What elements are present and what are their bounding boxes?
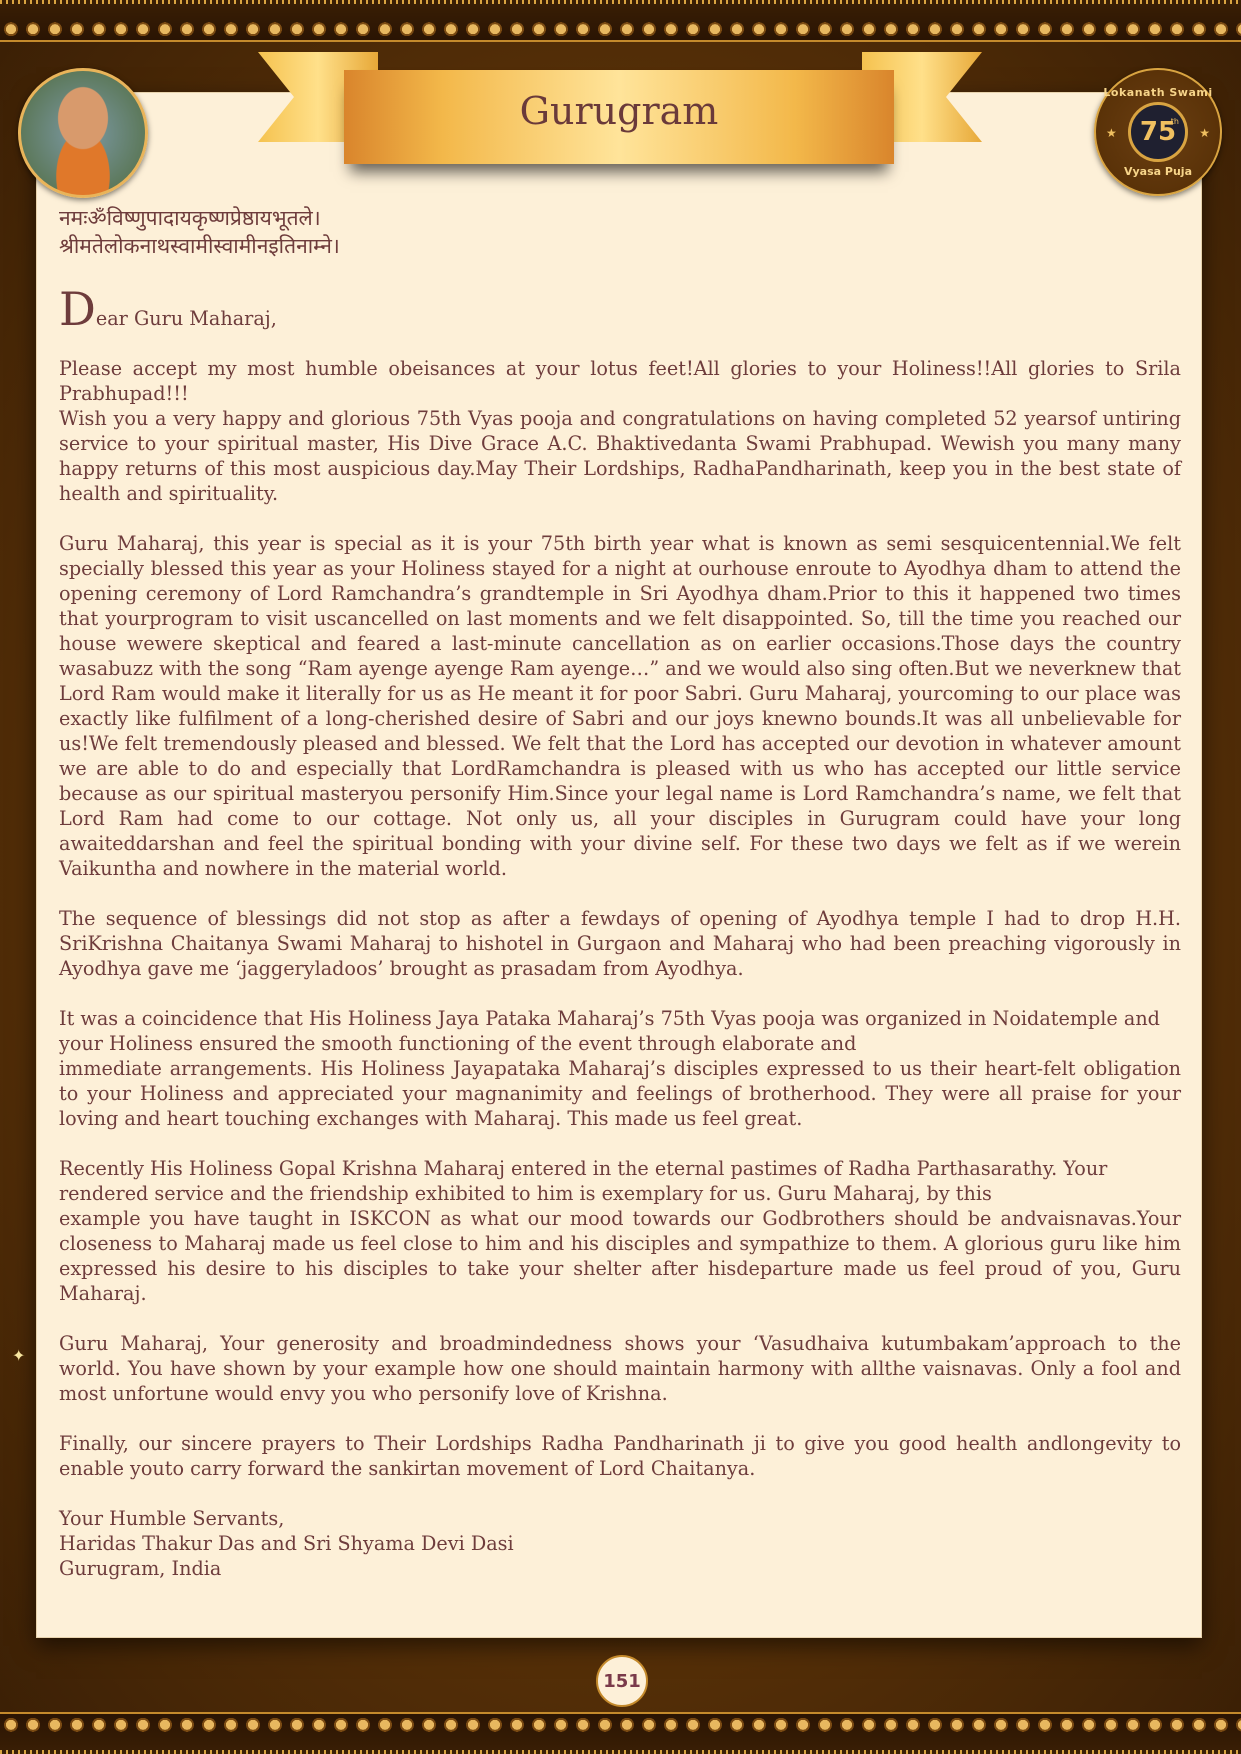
salutation: Dear Guru Maharaj, [59,294,1181,334]
paragraph: It was a coincidence that His Holiness J… [59,1006,1181,1056]
paragraph: Guru Maharaj, Your generosity and broadm… [59,1331,1181,1406]
paragraph: Please accept my most humble obeisances … [59,356,1181,406]
sanskrit-invocation: नमःॐविष्णुपादायकृष्णप्रेष्ठायभूतले। श्री… [59,204,1181,260]
salutation-text: ear Guru Maharaj, [96,307,277,330]
decorative-border-bottom [0,1712,1241,1754]
sanskrit-line-1: नमःॐविष्णुपादायकृष्णप्रेष्ठायभूतले। [59,204,1181,232]
paragraph: Wish you a very happy and glorious 75th … [59,406,1181,506]
sanskrit-line-2: श्रीमतेलोकनाथस्वामीस्वामीनइतिनाम्ने। [59,232,1181,260]
paragraph: The sequence of blessings did not stop a… [59,906,1181,981]
drop-cap: D [59,282,96,336]
signoff-location: Gurugram, India [59,1556,1181,1581]
letter-content: नमःॐविष्णुपादायकृष्णप्रेष्ठायभूतले। श्री… [59,204,1181,1581]
paragraph: immediate arrangements. His Holiness Jay… [59,1056,1181,1131]
badge-bottom-text: Vyasa Puja [1124,165,1192,178]
badge-top-text: Lokanath Swami [1103,86,1212,99]
vyasa-puja-75th-badge: Lokanath Swami ★ 75 th ★ Vyasa Puja [1094,68,1222,196]
paragraph: Recently His Holiness Gopal Krishna Maha… [59,1156,1181,1206]
badge-seal: 75 th [1128,102,1188,162]
paragraph: example you have taught in ISKCON as wha… [59,1206,1181,1306]
badge-superscript: th [1171,117,1179,126]
title-ribbon: Gurugram [344,70,894,164]
signoff-closing: Your Humble Servants, [59,1506,1181,1531]
page-number: 151 [596,1655,648,1707]
page-title: Gurugram [520,89,719,133]
paragraph: Finally, our sincere prayers to Their Lo… [59,1431,1181,1481]
signoff-names: Haridas Thakur Das and Sri Shyama Devi D… [59,1531,1181,1556]
paragraph: Guru Maharaj, this year is special as it… [59,531,1181,881]
decorative-border-top [0,0,1241,42]
signoff: Your Humble Servants, Haridas Thakur Das… [59,1506,1181,1581]
star-icon: ★ [1199,126,1210,140]
guru-portrait-photo [18,68,148,198]
sparkle-icon: ✦ [12,1346,25,1365]
star-icon: ★ [1106,126,1117,140]
